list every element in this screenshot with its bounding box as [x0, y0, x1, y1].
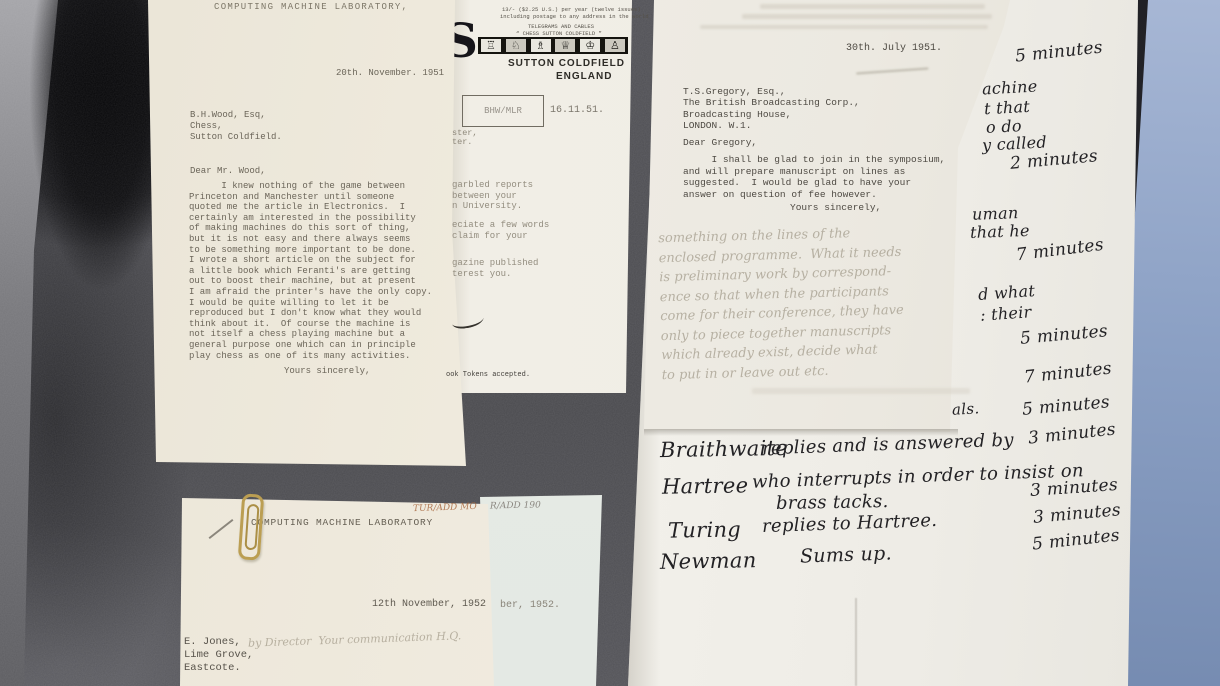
- letter-body: I knew nothing of the game between Princ…: [189, 181, 432, 361]
- archive-photo: COMPUTING MACHINE LABORATORY, 20th. Nove…: [0, 0, 1220, 686]
- body-line: not itself a chess playing machine but a: [189, 329, 432, 340]
- bbc-body: I shall be glad to join in the symposium…: [683, 154, 945, 201]
- body-line: but it is not easy and there always seem…: [189, 234, 432, 245]
- card-price-line: including postage to any address in the …: [500, 13, 649, 20]
- under-sheet-date-fragment: ber, 1952.: [500, 601, 560, 612]
- card-fragment: between your: [452, 191, 533, 202]
- card-fragment-block: garbled reports between your n Universit…: [452, 180, 533, 212]
- letter-date: 20th. November. 1951: [336, 68, 444, 79]
- ghost-text-line: [752, 388, 970, 394]
- schedule-name: Hartree: [662, 473, 749, 499]
- paper-crease: [855, 598, 857, 686]
- card-place-line: SUTTON COLDFIELD: [508, 58, 625, 69]
- body-line: quoted me the article in Electronics. I: [189, 202, 432, 213]
- catalog-ref-pencil: R/ADD 190: [490, 501, 541, 512]
- body-line: certainly am interested in the possibili…: [189, 213, 432, 224]
- card-fragment: ter.: [452, 137, 472, 148]
- body-line: I knew nothing of the game between: [189, 181, 432, 192]
- chess-rook-icon: ♖: [481, 39, 501, 52]
- card-fragment: terest you.: [452, 269, 538, 280]
- body-line: I am afraid the printer's have the only …: [189, 287, 432, 298]
- chess-bishop-icon: ♗: [531, 39, 551, 52]
- schedule-name: Turing: [668, 517, 741, 542]
- body-line: I shall be glad to join in the symposium…: [683, 154, 945, 166]
- schedule-note: Sums up.: [800, 542, 893, 567]
- recipient-line: Broadcasting House,: [683, 109, 860, 120]
- ink-fragment: : their: [979, 302, 1032, 325]
- card-telegrams-line: TELEGRAMS AND CABLES: [528, 23, 594, 30]
- body-line: Princeton and Manchester until someone: [189, 192, 432, 203]
- schedule-note: brass tacks.: [776, 491, 889, 514]
- ink-fragment: achine: [982, 77, 1038, 99]
- ink-fragment: t that: [984, 97, 1031, 118]
- body-line: answer on question of fee however.: [683, 189, 945, 201]
- ghost-text-line: [742, 14, 992, 19]
- paperclip-inner-loop: [244, 504, 259, 551]
- card-price-line: 13/- ($2.25 U.S.) per year (twelve issue…: [502, 6, 641, 13]
- doc-address-line: Eastcote.: [184, 663, 241, 674]
- letter-header: COMPUTING MACHINE LABORATORY,: [214, 2, 408, 13]
- chess-king-icon: ♔: [580, 39, 600, 52]
- card-footer: ook Tokens accepted.: [446, 370, 530, 381]
- recipient-line: Sutton Coldfield.: [190, 132, 282, 143]
- body-line: think about it. Of course the machine is: [189, 319, 432, 330]
- card-fragment: garbled reports: [452, 180, 533, 191]
- card-reference-date: 16.11.51.: [550, 106, 604, 117]
- ghost-text-line: [700, 25, 988, 29]
- pencil-draft-paragraph: something on the lines of the enclosed p…: [658, 223, 905, 385]
- bbc-recipient: T.S.Gregory, Esq., The British Broadcast…: [683, 86, 860, 132]
- body-line: suggested. I would be glad to have your: [683, 177, 945, 189]
- chess-pawn-icon: ♙: [605, 39, 625, 52]
- recipient-line: B.H.Wood, Esq,: [190, 110, 266, 121]
- body-line: play chess as one of its many activities…: [189, 351, 432, 362]
- letter-salutation: Dear Mr. Wood,: [190, 166, 266, 177]
- card-fragment: eciate a few words: [452, 220, 549, 231]
- card-fragment-block: gazine published terest you.: [452, 258, 538, 279]
- ghost-text-line: [760, 4, 985, 9]
- paperclip-icon: [238, 493, 265, 560]
- letter-closing: Yours sincerely,: [284, 366, 370, 377]
- card-telegrams-line: “ CHESS SUTTON COLDFIELD ”: [516, 30, 602, 37]
- recipient-line: T.S.Gregory, Esq.,: [683, 86, 860, 97]
- bbc-date: 30th. July 1951.: [846, 44, 942, 55]
- body-line: I would be quite willing to let it be: [189, 298, 432, 309]
- body-line: general purpose one which can in princip…: [189, 340, 432, 351]
- card-reference-box: BHW/MLR: [462, 95, 544, 127]
- doc-header: COMPUTING MACHINE LABORATORY: [251, 518, 433, 529]
- doc-address-line: Lime Grove,: [184, 650, 253, 661]
- card-fragment-block: eciate a few words claim for your: [452, 220, 549, 241]
- body-line: and will prepare manuscript on lines as: [683, 166, 945, 178]
- doc-date: 12th November, 1952: [372, 600, 486, 611]
- chess-pieces-banner: ♖ ♘ ♗ ♕ ♔ ♙: [478, 37, 628, 54]
- body-line: of making machines do this sort of thing…: [189, 223, 432, 234]
- body-line: reproduced but I don't know what they wo…: [189, 308, 432, 319]
- card-fragment: n University.: [452, 201, 533, 212]
- schedule-name: Newman: [660, 548, 757, 574]
- body-line: I wrote a short article on the subject f…: [189, 255, 432, 266]
- body-line: a little book which Feranti's are gettin…: [189, 266, 432, 277]
- chess-queen-icon: ♕: [555, 39, 575, 52]
- card-fragment: claim for your: [452, 231, 549, 242]
- bbc-closing: Yours sincerely,: [790, 203, 881, 214]
- recipient-line: LONDON. W.1.: [683, 120, 860, 131]
- card-fragment: gazine published: [452, 258, 538, 269]
- body-line: to be something more important to be don…: [189, 245, 432, 256]
- body-line: out to boost their machine, but at prese…: [189, 276, 432, 287]
- ink-fragment: d what: [977, 281, 1035, 304]
- card-place-line: ENGLAND: [556, 71, 612, 82]
- recipient-line: The British Broadcasting Corp.,: [683, 97, 860, 108]
- chess-knight-icon: ♘: [506, 39, 526, 52]
- ink-fragment: als.: [952, 399, 980, 418]
- bbc-salutation: Dear Gregory,: [683, 138, 757, 149]
- doc-recipient: E. Jones,: [184, 637, 241, 648]
- ink-fragment: that he: [970, 221, 1030, 242]
- recipient-line: Chess,: [190, 121, 222, 132]
